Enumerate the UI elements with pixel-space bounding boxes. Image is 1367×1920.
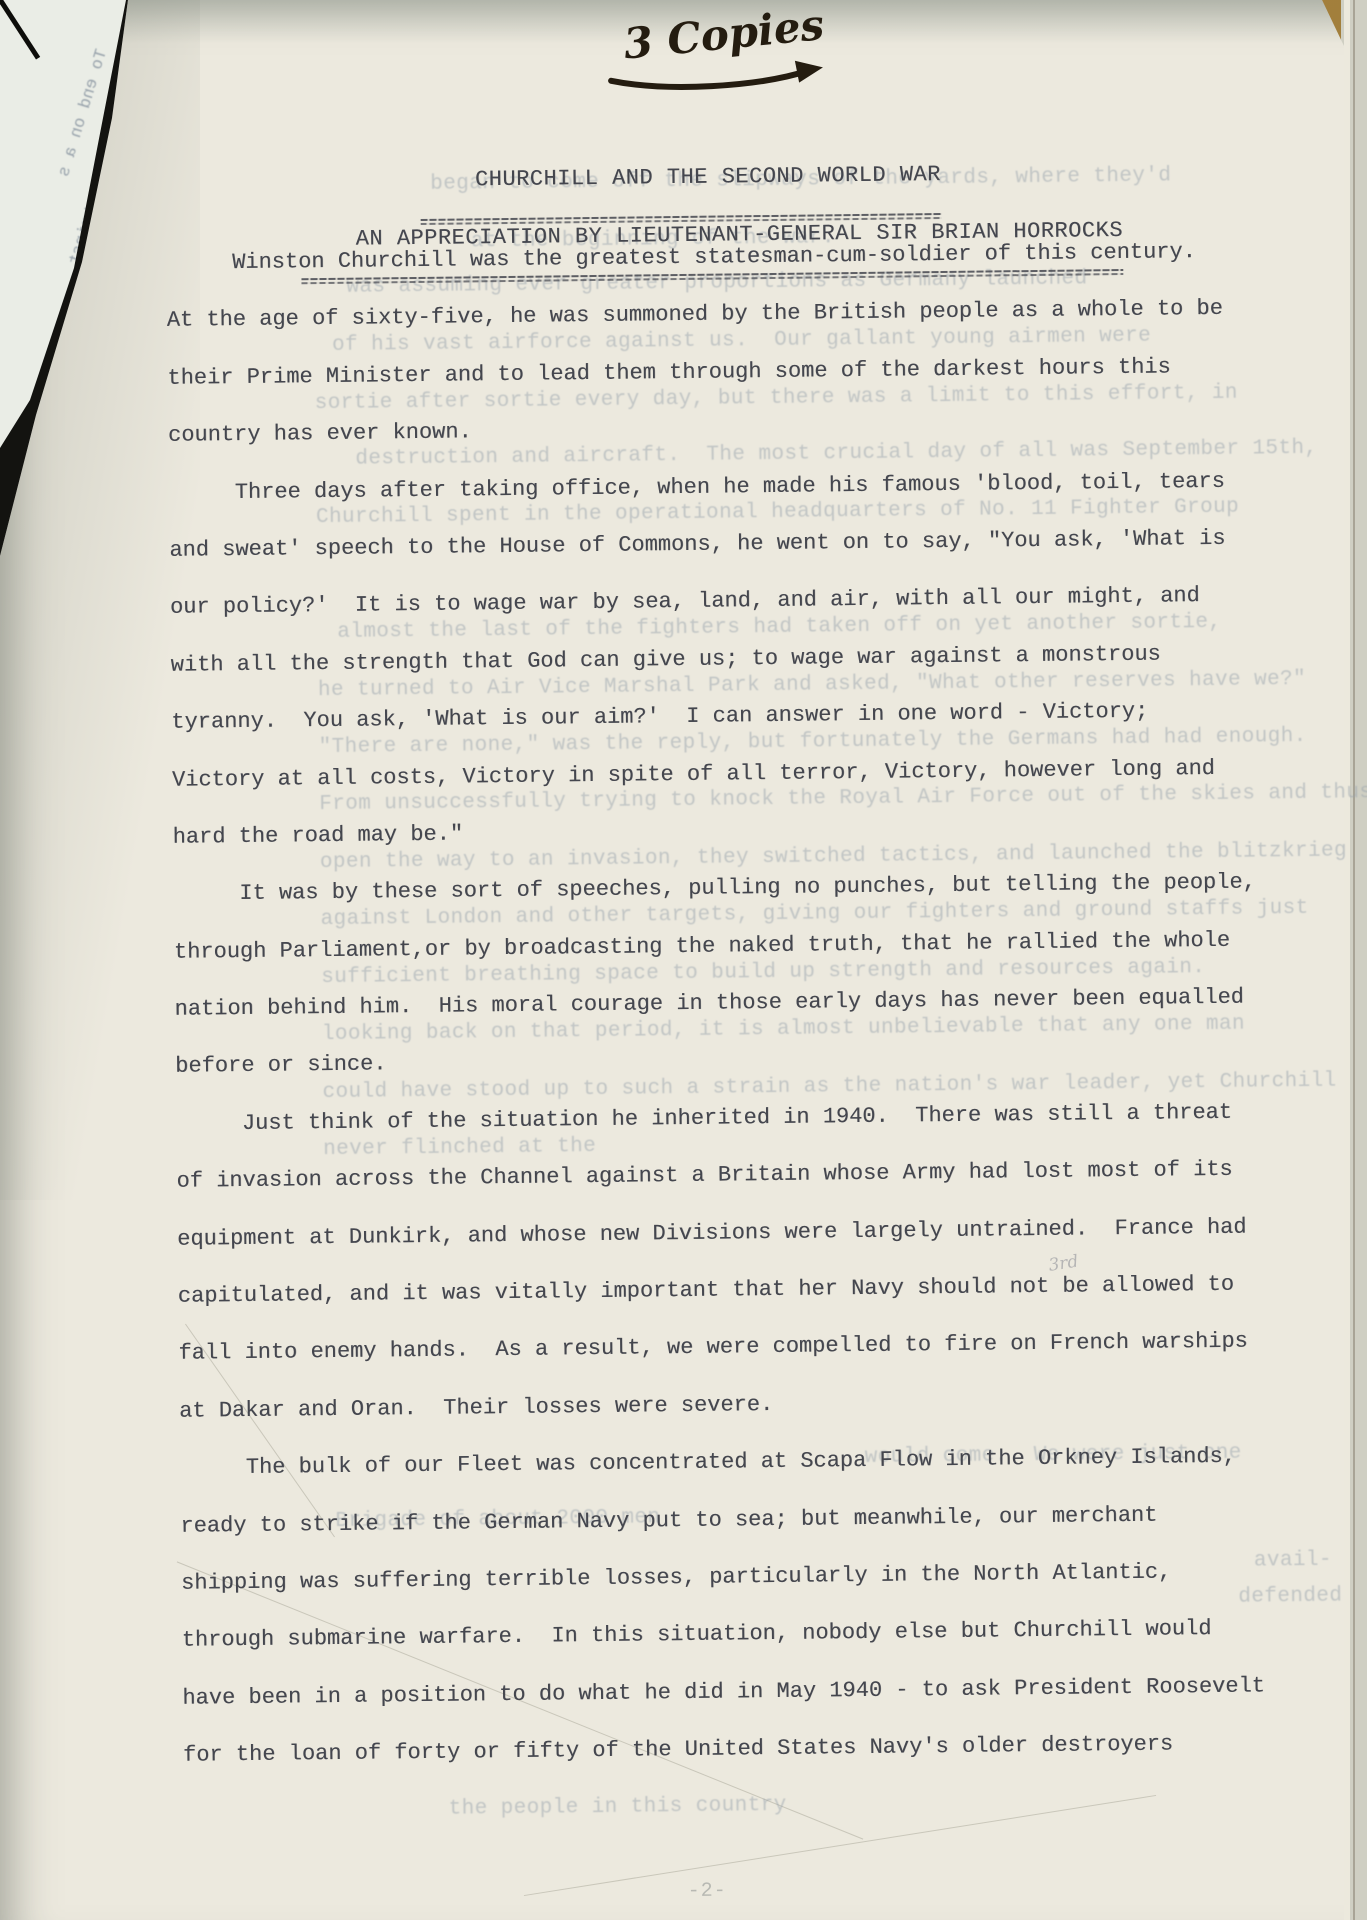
page-content: 3 Copies began to come off the slipways … xyxy=(0,0,1367,1920)
document-title-text: CHURCHILL AND THE SECOND WORLD WAR xyxy=(475,162,941,192)
typed-body-text: Winston Churchill was the greatest state… xyxy=(166,238,1294,1800)
ghost-line: the people in this country xyxy=(449,1794,787,1821)
page-number: -2- xyxy=(688,1880,727,1903)
